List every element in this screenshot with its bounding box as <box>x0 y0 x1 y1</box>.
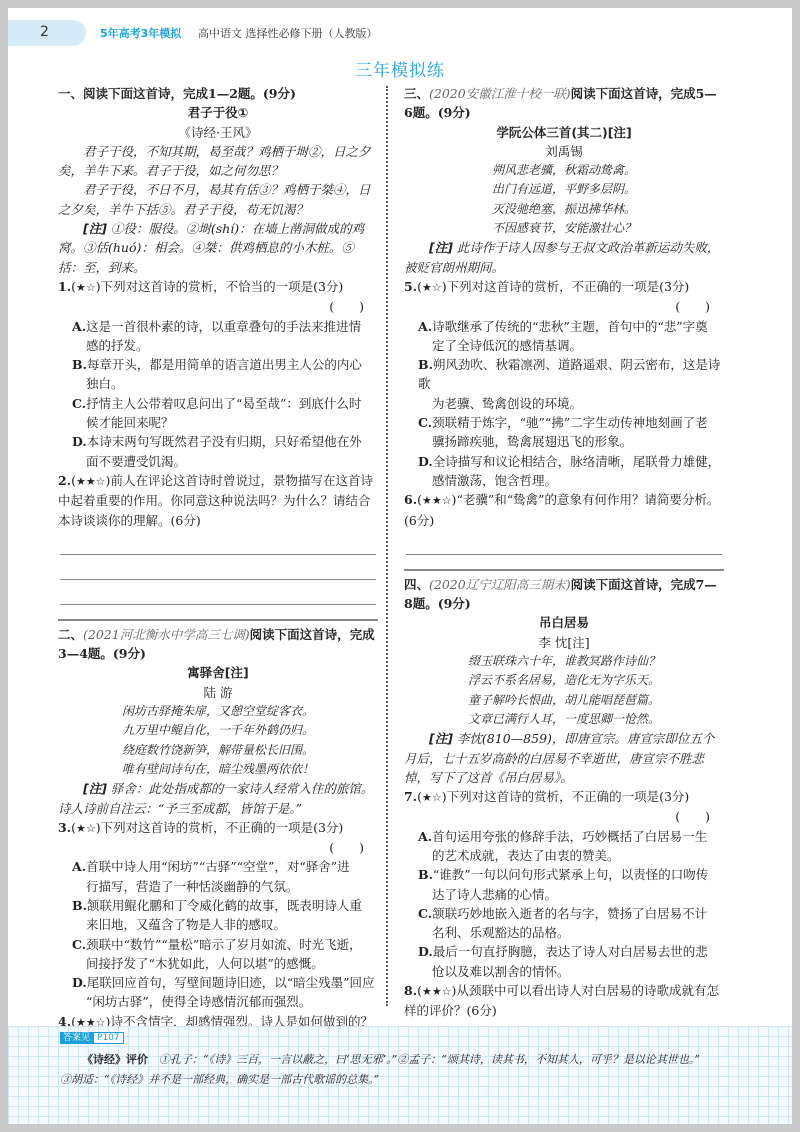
poem-title: 寓驿舍[注] <box>58 663 378 682</box>
page-number: 2 <box>40 24 49 40</box>
difficulty-stars-icon: ★☆ <box>76 281 96 294</box>
answer-blank[interactable]: ( ) <box>58 297 378 316</box>
brand-title: 5年高考3年模拟 <box>100 25 181 41</box>
option-a: A.首句运用夸张的修辞手法，巧妙概括了白居易一生 <box>404 827 724 846</box>
question-2: 2.(★★☆)前人在评论这首诗时曾说过，景物描写在这首诗中起着重要的作用。你同意… <box>58 471 378 530</box>
part2-heading: 二、(2021河北衡水中学高三七调)阅读下面这首诗，完成3—4题。(9分) <box>58 625 378 664</box>
option-c: C.抒情主人公带着叹息问出了“曷至哉”：到底什么时 <box>58 394 378 413</box>
answer-line[interactable] <box>60 555 376 580</box>
answer-line[interactable] <box>60 530 376 555</box>
option-b: B.每章开头，都是用简单的语言道出男主人公的内心 <box>58 355 378 374</box>
option-d: D.最后一句直抒胸臆，表达了诗人对白居易去世的悲 <box>404 942 724 961</box>
option-d: D.尾联回应首句，写壁间题诗旧迹，以“暗尘残墨”回应 <box>58 973 378 992</box>
poem-line: 浮云不系名居易，造化无为字乐天。 <box>404 671 724 690</box>
footer-notes: 答案见P107 《诗经》评价 ①孔子：“《诗》三百，一言以蔽之，曰‘思无邪’。”… <box>8 1026 792 1124</box>
section-title: 三年模拟练 <box>8 56 792 81</box>
answer-reference-badge[interactable]: 答案见P107 <box>60 1030 124 1043</box>
option-d: D.本诗末两句写既然君子没有归期，只好希望他在外 <box>58 432 378 451</box>
poem-line: 童子解吟长恨曲，胡儿能唱琵琶篇。 <box>404 691 724 710</box>
option-c: C.颈联中“数竹”“量松”暗示了岁月如流、时光飞逝， <box>58 935 378 954</box>
section-separator <box>58 619 378 621</box>
poem-title: 吊白居易 <box>404 613 724 632</box>
poem-line: 九万里中鲲自化，一千年外鹤仍归。 <box>58 721 378 740</box>
poem-line: 灭没驰绝塞，振迅拂华林。 <box>404 200 724 219</box>
answer-blank[interactable]: ( ) <box>404 807 724 826</box>
poem-author: 陆 游 <box>58 683 378 702</box>
page-header: 2 5年高考3年模拟 高中语文 选择性必修下册（人教版） <box>8 14 792 46</box>
difficulty-stars-icon: ★★☆ <box>422 985 452 998</box>
note-label: [注] <box>83 221 107 236</box>
poem-title: 学阮公体三首(其二)[注] <box>404 123 724 142</box>
page: 2 5年高考3年模拟 高中语文 选择性必修下册（人教版） 三年模拟练 一、阅读下… <box>8 8 792 1124</box>
option-b: B.朔风劲吹、秋霜凛冽、道路遥艰、阴云密布，这是诗歌 <box>404 355 724 394</box>
answer-line[interactable] <box>60 580 376 605</box>
difficulty-stars-icon: ★☆ <box>422 281 442 294</box>
difficulty-stars-icon: ★☆ <box>422 791 442 804</box>
footer-text: 《诗经》评价 ①孔子：“《诗》三百，一言以蔽之，曰‘思无邪’。”②孟子：“颂其诗… <box>60 1050 760 1090</box>
part3-heading: 三、(2020安徽江淮十校一联)阅读下面这首诗，完成5—6题。(9分) <box>404 84 724 123</box>
left-column: 一、阅读下面这首诗，完成1—2题。(9分) 君子于役① 《诗经·王风》 君子于役… <box>58 84 378 1101</box>
poem-line: 不因感衰节，安能激壮心？ <box>404 219 724 238</box>
poem-line: 唯有壁间诗句在，暗尘残墨两依依！ <box>58 760 378 779</box>
poem-author: 李 忱[注] <box>404 633 724 652</box>
question-5: 5.(★☆)下列对这首诗的赏析，不正确的一项是(3分) <box>404 277 724 297</box>
part4-heading: 四、(2020辽宁辽阳高三期末)阅读下面这首诗，完成7—8题。(9分) <box>404 575 724 614</box>
question-3: 3.(★☆)下列对这首诗的赏析，不正确的一项是(3分) <box>58 818 378 838</box>
poem-source: 《诗经·王风》 <box>58 123 378 142</box>
answer-blank[interactable]: ( ) <box>404 297 724 316</box>
option-c: C.颔联巧妙地嵌入逝者的名与字，赞扬了白居易不计 <box>404 904 724 923</box>
poem-note: [注] 驿舍：此处指成都的一家诗人经常入住的旅馆。诗人诗前自注云：“予三至成都，… <box>58 779 378 818</box>
poem-title: 君子于役① <box>58 103 378 122</box>
question-7: 7.(★☆)下列对这首诗的赏析，不正确的一项是(3分) <box>404 787 724 807</box>
question-6: 6.(★★☆)“老骥”和“鸷禽”的意象有何作用？请简要分析。(6分) <box>404 490 724 530</box>
answer-blank[interactable]: ( ) <box>58 838 378 857</box>
column-divider <box>386 86 388 1006</box>
poem-stanza: 君子于役，不日不月，曷其有佸③？鸡栖于桀④，日之夕矣，羊牛下括⑤。君子于役，苟无… <box>58 180 378 219</box>
poem-line: 缀玉联珠六十年，谁教冥路作诗仙？ <box>404 652 724 671</box>
question-1: 1.(★☆)下列对这首诗的赏析，不恰当的一项是(3分) <box>58 277 378 297</box>
poem-line: 绕庭数竹饶新笋，解带量松长旧围。 <box>58 741 378 760</box>
option-a: A.这是一首很朴素的诗，以重章叠句的手法来推进情 <box>58 317 378 336</box>
right-column: 三、(2020安徽江淮十校一联)阅读下面这首诗，完成5—6题。(9分) 学阮公体… <box>404 84 724 1071</box>
option-a: A.诗歌继承了传统的“悲秋”主题，首句中的“悲”字奠 <box>404 317 724 336</box>
section-separator <box>404 569 724 571</box>
poem-note: [注] 此诗作于诗人因参与王叔文政治革新运动失败，被贬官朗州期间。 <box>404 238 724 277</box>
poem-line: 闲坊古驿掩朱扉，又憩空堂绽客衣。 <box>58 702 378 721</box>
poem-line: 出门有远道，平野多层阴。 <box>404 180 724 199</box>
poem-author: 刘禹锡 <box>404 142 724 161</box>
poem-line: 文章已满行人耳，一度思卿一怆然。 <box>404 710 724 729</box>
difficulty-stars-icon: ★☆ <box>76 822 96 835</box>
book-title: 高中语文 选择性必修下册（人教版） <box>198 25 378 41</box>
poem-line: 朔风悲老骥，秋霜动鸷禽。 <box>404 161 724 180</box>
difficulty-stars-icon: ★★☆ <box>422 494 452 507</box>
difficulty-stars-icon: ★★☆ <box>76 475 106 488</box>
question-8: 8.(★★☆)从颈联中可以看出诗人对白居易的诗歌成就有怎样的评价？(6分) <box>404 981 724 1021</box>
option-d: D.全诗描写和议论相结合，脉络清晰，尾联骨力雄健， <box>404 452 724 471</box>
option-b: B.颔联用鲲化鹏和丁令威化鹤的故事，既表明诗人重 <box>58 896 378 915</box>
poem-note: [注] 李忱(810—859)，即唐宣宗。唐宣宗即位五个月后，七十五岁高龄的白居… <box>404 729 724 787</box>
option-a: A.首联中诗人用“闲坊”“古驿”“空堂”，对“驿舍”进 <box>58 857 378 876</box>
poem-stanza: 君子于役，不知其期，曷至哉？鸡栖于埘②，日之夕矣，羊牛下来。君子于役，如之何勿思… <box>58 142 378 181</box>
option-c: C.颈联精于炼字，“驰”“拂”二字生动传神地刻画了老 <box>404 413 724 432</box>
poem-note: [注] ①役：服役。②埘(shí)：在墙上凿洞做成的鸡窝。③佸(huó)：相会。… <box>58 219 378 277</box>
option-b: B.“谁教”一句以问句形式紧承上句，以责怪的口吻传 <box>404 865 724 884</box>
answer-line[interactable] <box>406 530 722 555</box>
part1-heading: 一、阅读下面这首诗，完成1—2题。(9分) <box>58 84 378 103</box>
